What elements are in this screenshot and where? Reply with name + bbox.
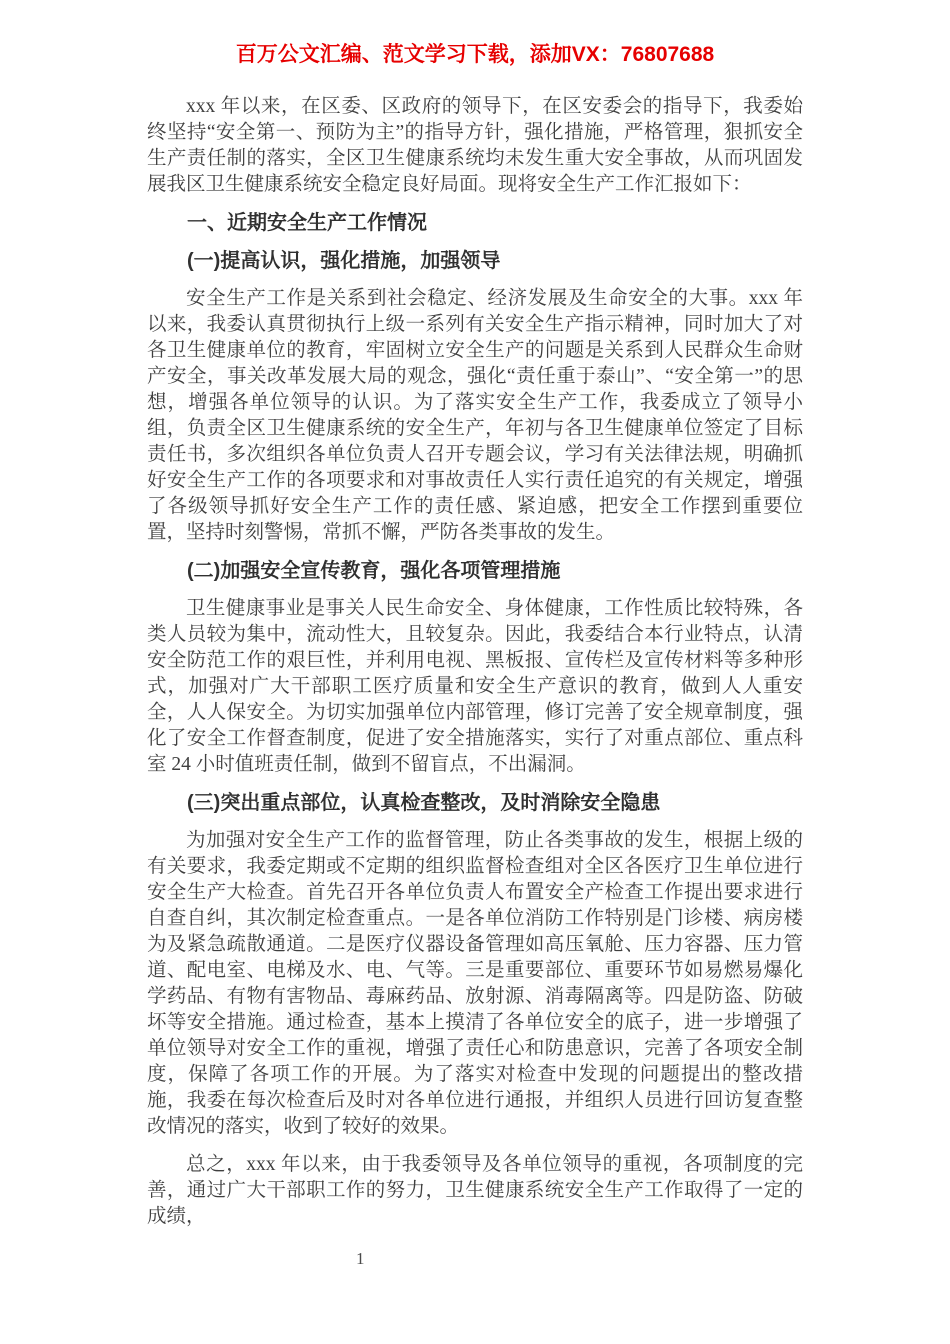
promo-header-text: 百万公文汇编、范文学习下载，添加VX：76807688: [147, 42, 803, 68]
body-paragraph-inspection: 为加强对安全生产工作的监督管理，防止各类事故的发生，根据上级的有关要求，我委定期…: [147, 828, 803, 1140]
body-paragraph-publicity: 卫生健康事业是事关人民生命安全、身体健康，工作性质比较特殊，各类人员较为集中，流…: [147, 596, 803, 778]
document-page: 百万公文汇编、范文学习下载，添加VX：76807688 xxx 年以来，在区委、…: [0, 0, 950, 1344]
section-heading-1: 一、近期安全生产工作情况: [147, 210, 803, 236]
page-number: 1: [356, 1250, 365, 1267]
body-paragraph-intro: xxx 年以来，在区委、区政府的领导下，在区安委会的指导下，我委始终坚持“安全第…: [147, 94, 803, 198]
subsection-heading-3: (三)突出重点部位，认真检查整改，及时消除安全隐患: [147, 790, 803, 816]
body-paragraph-summary: 总之，xxx 年以来，由于我委领导及各单位领导的重视，各项制度的完善，通过广大干…: [147, 1152, 803, 1230]
subsection-heading-1: (一)提高认识，强化措施，加强领导: [147, 248, 803, 274]
subsection-heading-2: (二)加强安全宣传教育，强化各项管理措施: [147, 558, 803, 584]
body-paragraph-awareness: 安全生产工作是关系到社会稳定、经济发展及生命安全的大事。xxx 年以来，我委认真…: [147, 286, 803, 546]
document-content: 百万公文汇编、范文学习下载，添加VX：76807688 xxx 年以来，在区委、…: [147, 42, 803, 1242]
